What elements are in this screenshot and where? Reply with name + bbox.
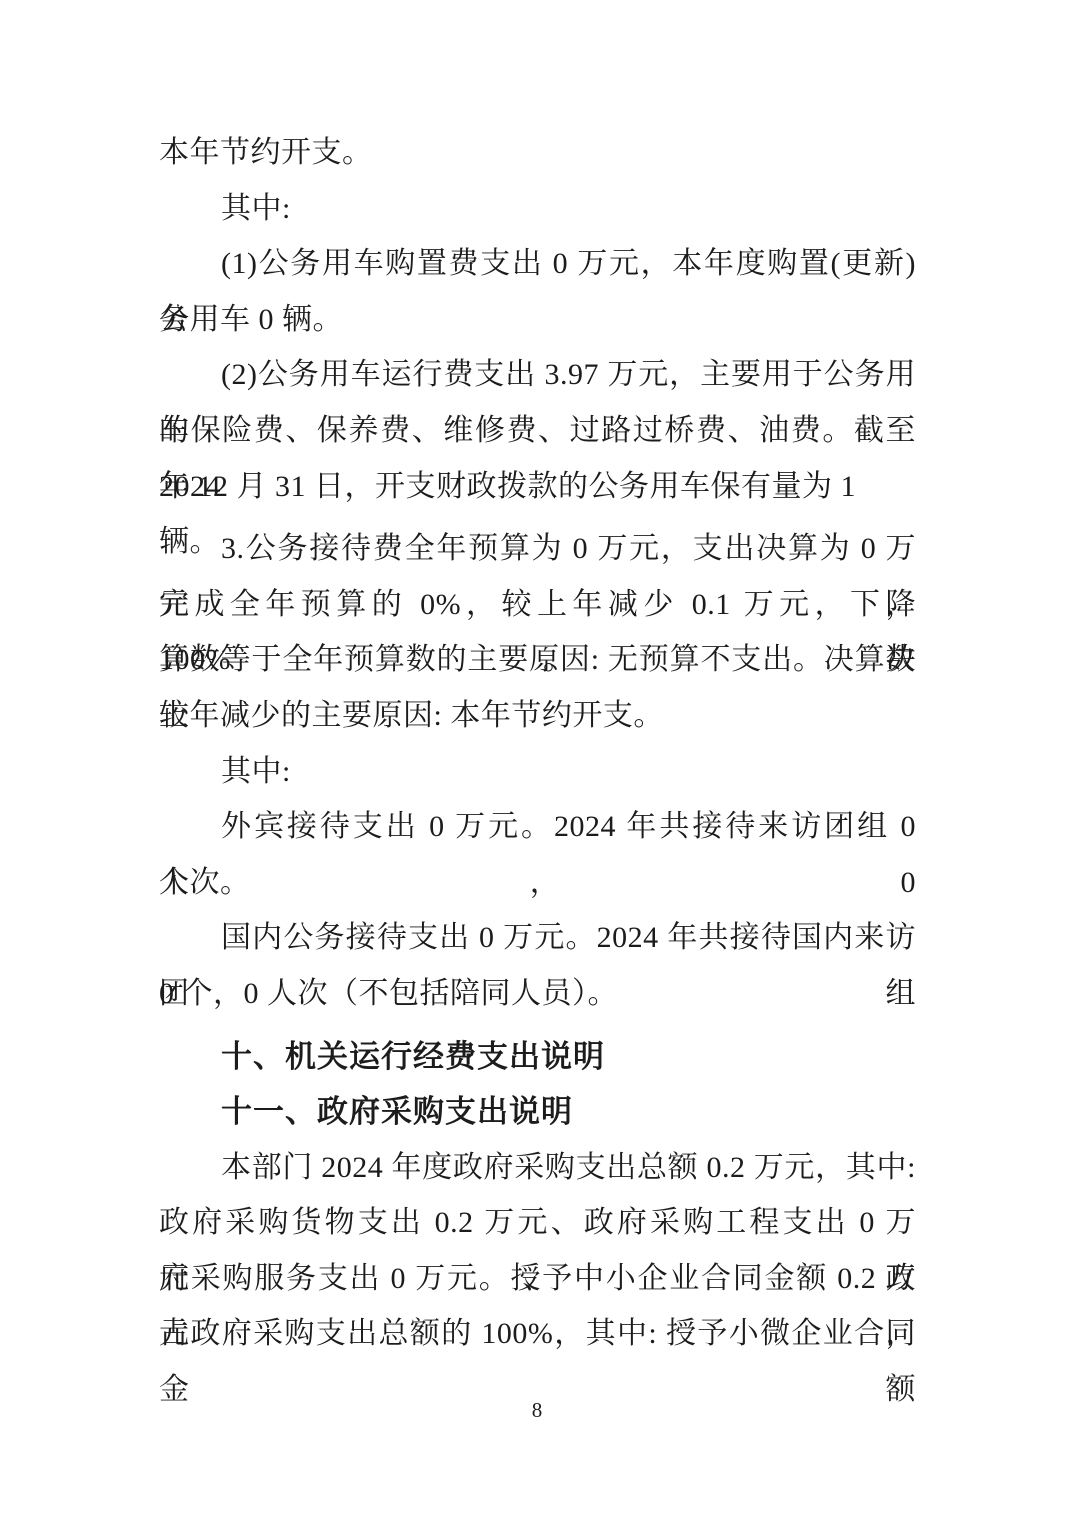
text-line: 其中:	[159, 181, 916, 237]
document-body: 本年节约开支。其中:(1)公务用车购置费支出 0 万元，本年度购置(更新)公务用…	[159, 125, 916, 1362]
text-line: (2)公务用车运行费支出 3.97 万元，主要用于公务用车	[159, 347, 916, 403]
section-heading: 十一、政府采购支出说明	[159, 1084, 916, 1140]
text-line: 政府采购货物支出 0.2 万元、政府采购工程支出 0 万元、政	[159, 1195, 916, 1251]
text-line: 上年减少的主要原因: 本年节约开支。	[159, 688, 916, 744]
text-line: 务用车 0 辆。	[159, 292, 916, 348]
section-heading: 十、机关运行经费支出说明	[159, 1029, 916, 1085]
text-line: 外宾接待支出 0 万元。2024 年共接待来访团组 0 个，0	[159, 799, 916, 855]
text-line: 完成全年预算的 0%，较上年减少 0.1 万元，下降 100%。决	[159, 577, 916, 633]
text-line: 其中:	[159, 744, 916, 800]
text-line: 本年节约开支。	[159, 125, 916, 181]
page-number: 8	[0, 1398, 1074, 1423]
text-line: (1)公务用车购置费支出 0 万元，本年度购置(更新)公	[159, 236, 916, 292]
text-line: 府采购服务支出 0 万元。授予中小企业合同金额 0.2 万元，	[159, 1251, 916, 1307]
text-line: 国内公务接待支出 0 万元。2024 年共接待国内来访团组	[159, 910, 916, 966]
text-line: 3.公务接待费全年预算为 0 万元，支出决算为 0 万元，	[159, 521, 916, 577]
document-page: 本年节约开支。其中:(1)公务用车购置费支出 0 万元，本年度购置(更新)公务用…	[0, 0, 1074, 1520]
text-line: 本部门 2024 年度政府采购支出总额 0.2 万元，其中:	[159, 1140, 916, 1196]
text-line: 占政府采购支出总额的 100%，其中: 授予小微企业合同金额	[159, 1306, 916, 1362]
text-line: 算数等于全年预算数的主要原因: 无预算不支出。决算数较	[159, 632, 916, 688]
text-line: 年 12 月 31 日，开支财政拨款的公务用车保有量为 1 辆。	[159, 459, 916, 515]
text-line: 的保险费、保养费、维修费、过路过桥费、油费。截至 2024	[159, 403, 916, 459]
